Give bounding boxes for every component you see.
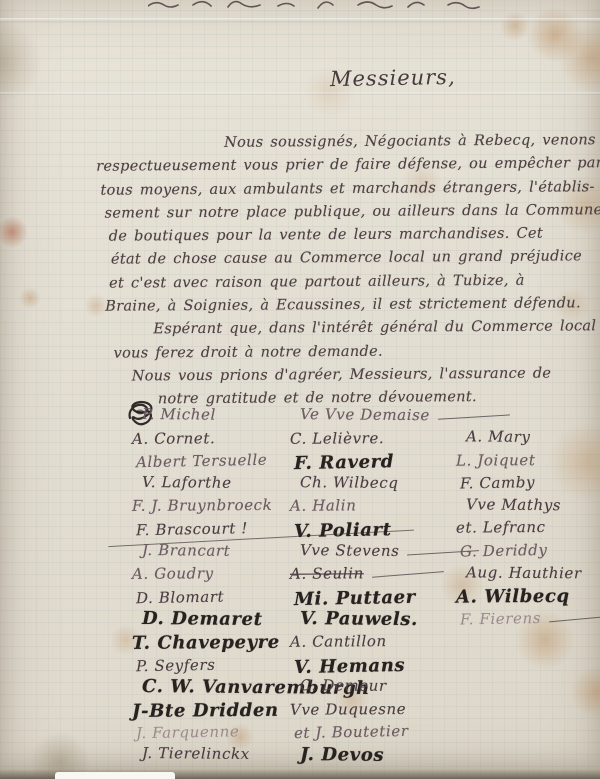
trimmed-handwriting-fragment [148,0,488,12]
signature: Vve Duquesne [290,699,510,723]
signature: V. Hemans [294,652,510,679]
signature: F. Fierens [460,607,600,633]
paper-edge-sliver [55,772,175,779]
signature: Vve Mathys [466,495,600,519]
fold-crease [0,18,600,22]
fold-crease [0,92,600,95]
salutation: Messieurs, [330,65,456,91]
signature: G. Deriddy [460,539,600,565]
signature: A. Cantillon [290,631,510,655]
scanned-letter-page: Messieurs, Nous soussignés, Négociants à… [0,0,600,779]
signature: et J. Boutetier [294,720,510,747]
letter-line: Nous vous prions d'agréer, Messieurs, l'… [132,362,588,388]
signature: J. Devos [300,744,510,768]
letter-body: Nous soussignés, Négociants à Rebecq, ve… [94,129,588,412]
letter-line: vous ferez droit à notre demande. [113,339,587,366]
signature: Ve Vve Demaise [300,405,510,429]
letter-line: tous moyens, aux ambulants et marchands … [100,176,586,203]
signature: Aug. Hauthier [466,563,600,587]
letter-line: et c'est avec raison que partout ailleur… [109,269,587,296]
letter-line: Espérant que, dans l'intérêt général du … [153,316,587,342]
signature: A. Wilbecq [456,586,600,610]
signature: L. Joiquet [456,450,600,474]
signature: F. Camby [460,472,600,498]
letter-line: Braine, à Soignies, à Ecaussines, il est… [105,292,587,319]
letter-line: de boutiques pour la vente de leurs marc… [109,222,587,249]
signature: C. Demeur [300,676,510,700]
signature: A. Mary [466,427,600,451]
letter-line: respectueusement vous prier de faire déf… [96,153,586,180]
letter-line: Nous soussignés, Négociants à Rebecq, ve… [224,129,586,155]
signature-column-right: A. MaryL. JoiquetF. CambyVve Mathyset. L… [460,428,600,631]
signature: et. Lefranc [456,518,600,542]
letter-line: état de chose cause au Commerce local un… [111,246,587,273]
letter-line: sement sur notre place publique, ou aill… [105,199,587,226]
